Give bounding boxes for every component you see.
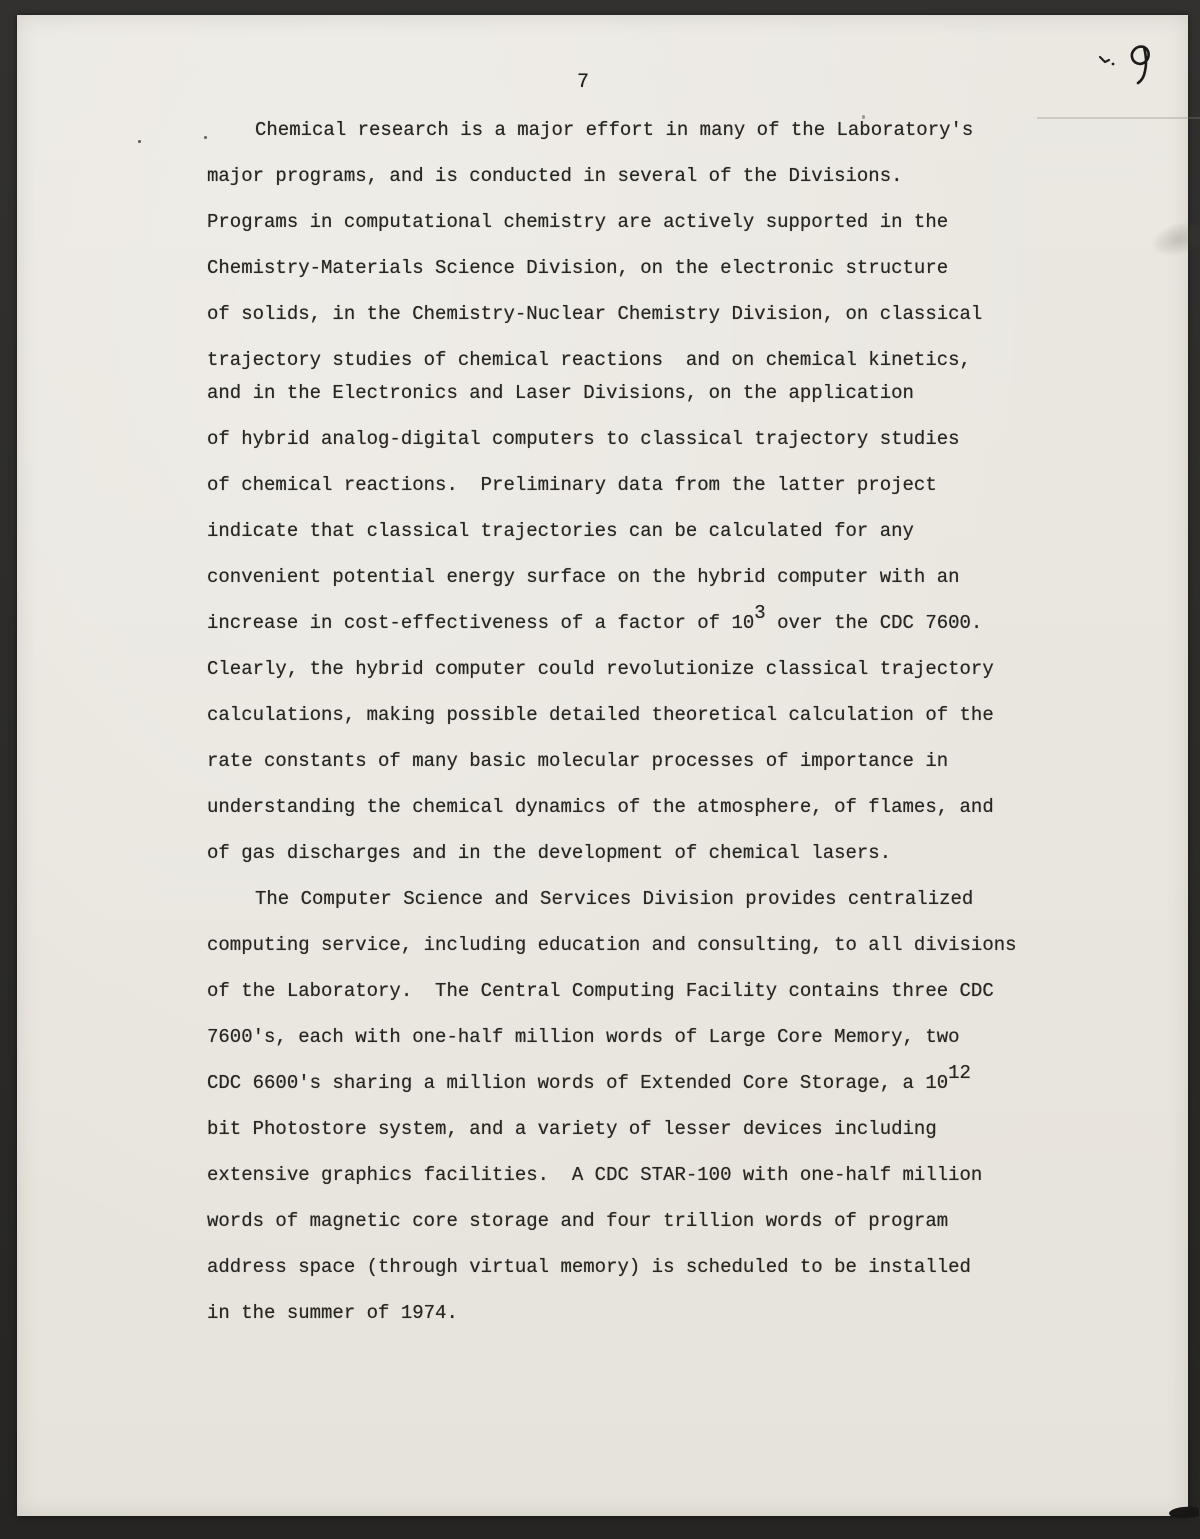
text-line: calculations, making possible detailed t… [207,692,1107,738]
text-segment: The Computer Science and Services Divisi… [255,888,973,910]
text-line: Chemistry-Materials Science Division, on… [207,245,1107,291]
dust-speck [138,140,141,143]
scan-background: 7 Chemical research is a major effort in… [0,0,1200,1539]
text-segment: understanding the chemical dynamics of t… [207,796,994,818]
pencil-dot [1112,63,1115,66]
text-segment: of the Laboratory. The Central Computing… [207,980,994,1002]
text-line: of solids, in the Chemistry-Nuclear Chem… [207,291,1107,337]
text-segment: CDC 6600's sharing a million words of Ex… [207,1072,948,1094]
text-line: indicate that classical trajectories can… [207,508,1107,554]
dust-speck [862,115,865,119]
page-number: 7 [577,60,589,106]
text-segment: of gas discharges and in the development… [207,842,891,864]
text-line: increase in cost-effectiveness of a fact… [207,600,1107,646]
text-segment: increase in cost-effectiveness of a fact… [207,612,754,634]
text-line: words of magnetic core storage and four … [207,1198,1107,1244]
text-segment: rate constants of many basic molecular p… [207,750,948,772]
text-segment: Chemical research is a major effort in m… [255,119,973,141]
text-line: of hybrid analog-digital computers to cl… [207,416,1107,462]
text-segment: trajectory studies of chemical reactions… [207,349,971,371]
text-segment: of hybrid analog-digital computers to cl… [207,428,960,450]
text-segment: extensive graphics facilities. A CDC STA… [207,1164,982,1186]
superscript: 12 [948,1062,971,1084]
text-line: rate constants of many basic molecular p… [207,738,1107,784]
text-line: Programs in computational chemistry are … [207,199,1107,245]
text-segment: in the summer of 1974. [207,1302,458,1324]
text-segment: Chemistry-Materials Science Division, on… [207,257,948,279]
text-segment: address space (through virtual memory) i… [207,1256,971,1278]
text-line: extensive graphics facilities. A CDC STA… [207,1152,1107,1198]
text-line: of chemical reactions. Preliminary data … [207,462,1107,508]
text-line: CDC 6600's sharing a million words of Ex… [207,1060,1107,1106]
text-segment: Programs in computational chemistry are … [207,211,948,233]
text-segment: indicate that classical trajectories can… [207,520,914,542]
text-segment: computing service, including education a… [207,934,1017,956]
text-line: of the Laboratory. The Central Computing… [207,968,1107,1014]
text-segment: of chemical reactions. Preliminary data … [207,474,937,496]
dust-speck [204,136,207,139]
text-segment: words of magnetic core storage and four … [207,1210,948,1232]
text-line: Clearly, the hybrid computer could revol… [207,646,1107,692]
edge-ink-mark [1169,1506,1200,1519]
text-line: in the summer of 1974. [207,1290,1107,1336]
text-line: of gas discharges and in the development… [207,830,1107,876]
pencil-smudge [1149,218,1200,261]
text-segment: over the CDC 7600. [766,612,983,634]
text-line: Chemical research is a major effort in m… [207,107,1107,153]
text-line: computing service, including education a… [207,922,1107,968]
text-line: address space (through virtual memory) i… [207,1244,1107,1290]
text-line: 7600's, each with one-half million words… [207,1014,1107,1060]
text-line: The Computer Science and Services Divisi… [207,876,1107,922]
text-segment: bit Photostore system, and a variety of … [207,1118,937,1140]
text-segment: Clearly, the hybrid computer could revol… [207,658,994,680]
handwritten-page-number [1072,31,1200,101]
text-segment: of solids, in the Chemistry-Nuclear Chem… [207,303,982,325]
text-segment: 7600's, each with one-half million words… [207,1026,960,1048]
handwritten-digit-9 [1132,47,1149,83]
text-line: bit Photostore system, and a variety of … [207,1106,1107,1152]
body-text: Chemical research is a major effort in m… [207,107,1107,1336]
text-line: convenient potential energy surface on t… [207,554,1107,600]
scan-artifact-line [1037,117,1200,119]
document-page: 7 Chemical research is a major effort in… [17,15,1188,1516]
text-segment: major programs, and is conducted in seve… [207,165,903,187]
text-line: understanding the chemical dynamics of t… [207,784,1107,830]
text-line: major programs, and is conducted in seve… [207,153,1107,199]
superscript: 3 [754,602,765,624]
text-segment: calculations, making possible detailed t… [207,704,994,726]
pencil-tick-mark [1100,57,1109,62]
text-segment: convenient potential energy surface on t… [207,566,960,588]
text-segment: and in the Electronics and Laser Divisio… [207,382,914,404]
text-line: and in the Electronics and Laser Divisio… [207,370,1107,416]
